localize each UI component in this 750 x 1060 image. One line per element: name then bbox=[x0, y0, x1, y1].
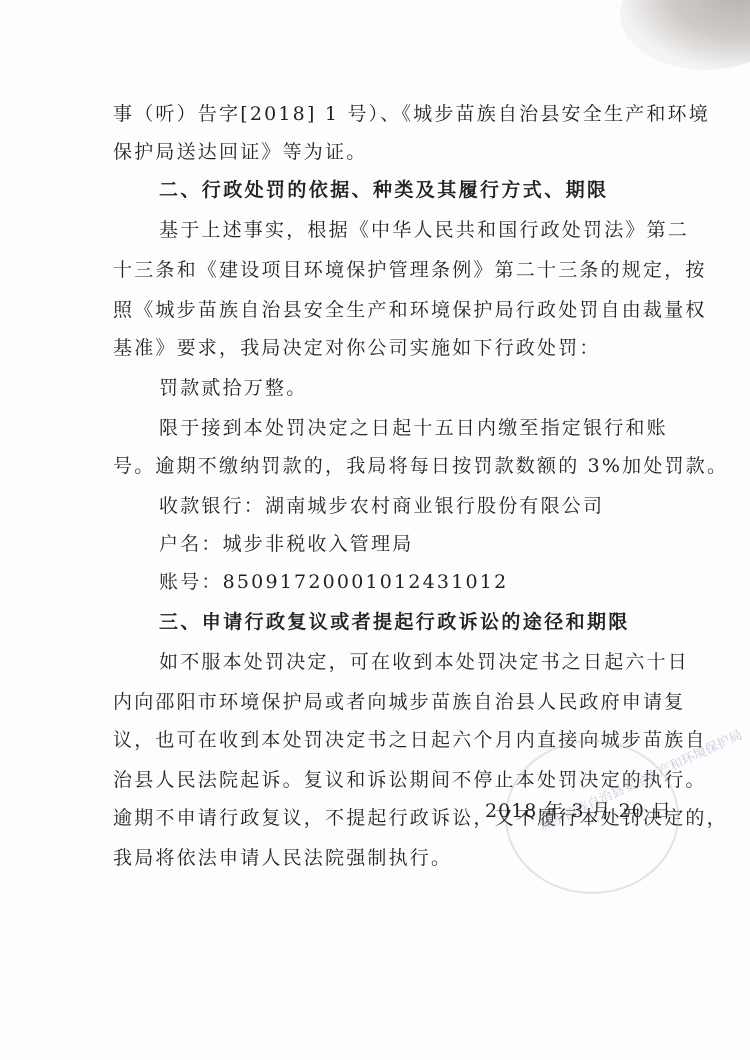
section-heading: 三、申请行政复议或者提起行政诉讼的途径和期限 bbox=[159, 610, 630, 634]
document-date: 2018 年 3 月 20 日 bbox=[485, 796, 672, 823]
paragraph-line: 基于上述事实，根据《中华人民共和国行政处罚法》第二 bbox=[159, 218, 689, 242]
paragraph-line: 限于接到本处罚决定之日起十五日内缴至指定银行和账 bbox=[159, 416, 668, 440]
paragraph-line: 收款银行：湖南城步农村商业银行股份有限公司 bbox=[159, 494, 604, 518]
paragraph-line: 保护局送达回证》等为证。 bbox=[113, 140, 367, 164]
paragraph-line: 事（听）告字[2018] 1 号）、《城步苗族自治县安全生产和环境 bbox=[113, 102, 710, 126]
paragraph-line: 如不服本处罚决定，可在收到本处罚决定书之日起六十日 bbox=[159, 650, 689, 674]
paragraph-line: 照《城步苗族自治县安全生产和环境保护局行政处罚自由裁量权 bbox=[113, 298, 707, 322]
section-heading: 二、行政处罚的依据、种类及其履行方式、期限 bbox=[159, 178, 608, 202]
paragraph-line: 号。逾期不缴纳罚款的，我局将每日按罚款数额的 3%加处罚款。 bbox=[113, 454, 728, 478]
paragraph-line: 内向邵阳市环境保护局或者向城步苗族自治县人民政府申请复 bbox=[113, 690, 685, 714]
paragraph-line: 基准》要求，我局决定对你公司实施如下行政处罚： bbox=[113, 336, 601, 360]
paragraph-line: 账号：85091720001012431012 bbox=[159, 570, 508, 594]
paragraph-line: 我局将依法申请人民法院强制执行。 bbox=[113, 846, 452, 870]
scan-corner-shadow bbox=[620, 0, 750, 70]
paragraph-line: 户名：城步非税收入管理局 bbox=[159, 532, 413, 556]
paragraph-line: 罚款贰拾万整。 bbox=[159, 376, 307, 400]
paragraph-line: 十三条和《建设项目环境保护管理条例》第二十三条的规定，按 bbox=[113, 258, 707, 282]
